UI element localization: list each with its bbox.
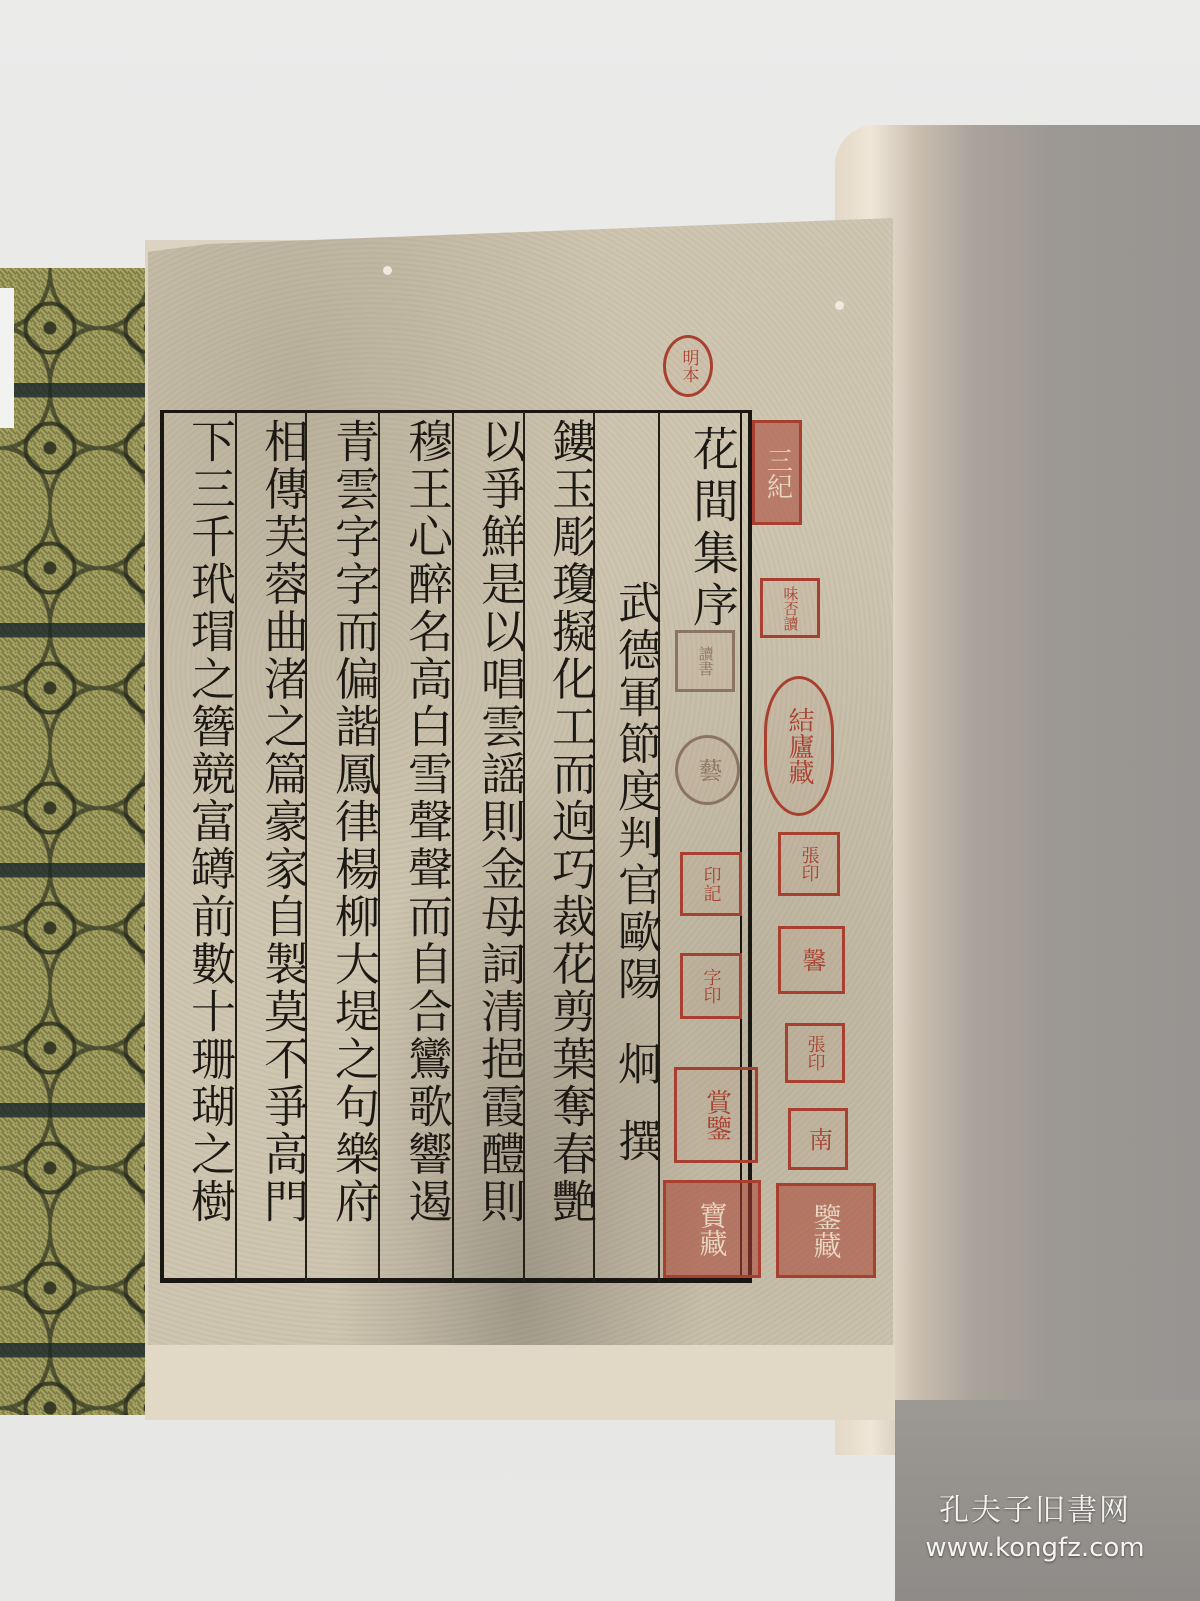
text-column-3: 穆王心醉名高白雪聲聲而自合鸞歌響遏 [380, 418, 450, 1226]
text-column-2: 以爭鮮是以唱雲謡則金母詞清挹霞醴則 [453, 418, 523, 1226]
seal-inner-3: 印記 [680, 852, 742, 916]
cover-edge [0, 288, 14, 428]
paper-wormhole [383, 266, 392, 275]
seal-margin-6: 張印 [785, 1023, 845, 1083]
watermark-url: www.kongfz.com [895, 1533, 1175, 1563]
seal-margin-2: 味否讀 [760, 578, 820, 638]
seal-inner-4: 字印 [680, 953, 742, 1019]
seal-inner-5: 賞鑒 [674, 1067, 758, 1163]
text-column-5: 相傳芙蓉曲渚之篇豪家自製莫不爭高門 [236, 418, 306, 1226]
seal-margin-8: 鑒藏 [776, 1183, 876, 1278]
seal-round-top: 明本 [663, 335, 713, 397]
page-title: 花間集序 [666, 425, 736, 633]
seal-inner-1: 讀書 [675, 630, 735, 692]
text-column-4: 青雲字字而偏諧鳳律楊柳大堤之句樂府 [307, 418, 377, 1226]
seal-margin-5: 馨 [778, 926, 845, 994]
page-bottom-margin [145, 1345, 895, 1420]
seal-margin-7: 南 [788, 1108, 848, 1170]
seal-margin-1: 三紀 [752, 420, 802, 525]
author-name: 炯 [610, 1041, 661, 1088]
author-verb: 撰 [610, 1118, 661, 1165]
paper-wormhole [835, 301, 844, 310]
text-column-6: 下三千玳瑁之簪競富罇前數十珊瑚之樹 [163, 418, 233, 1226]
text-column-1: 鏤玉彫瓊擬化工而逈巧裁花剪葉奪春艷 [524, 418, 594, 1226]
author-line: 武德軍節度判官歐陽炯撰 [593, 580, 659, 1165]
site-watermark: 孔夫子旧書网 www.kongfz.com [895, 1485, 1175, 1563]
seal-margin-4: 張印 [778, 832, 840, 896]
seal-margin-3: 結廬藏 [764, 676, 834, 816]
seal-inner-6: 寶藏 [663, 1180, 761, 1278]
author-office: 武德軍節度判官歐陽 [610, 580, 661, 1003]
watermark-site-name: 孔夫子旧書网 [895, 1485, 1175, 1529]
seal-inner-2: 藝 [675, 735, 740, 805]
